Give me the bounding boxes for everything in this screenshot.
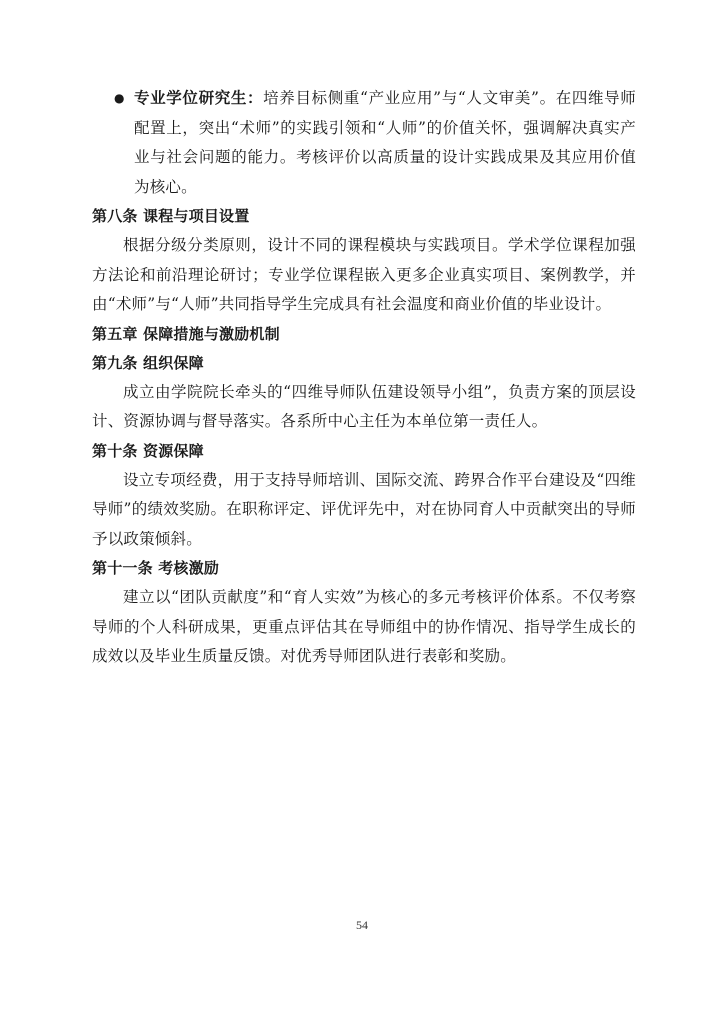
page-content: ● 专业学位研究生：培养目标侧重“产业应用”与“人文审美”。在四维导师配置上，突… bbox=[92, 84, 636, 672]
section-paragraph-article-9: 成立由学院院长牵头的“四维导师队伍建设领导小组”，负责方案的顶层设计、资源协调与… bbox=[92, 378, 636, 437]
section-heading-article-9: 第九条 组织保障 bbox=[92, 349, 636, 378]
section-paragraph-article-10: 设立专项经费，用于支持导师培训、国际交流、跨界合作平台建设及“四维导师”的绩效奖… bbox=[92, 466, 636, 555]
section-heading-article-10: 第十条 资源保障 bbox=[92, 437, 636, 466]
section-heading-article-11: 第十一条 考核激励 bbox=[92, 554, 636, 583]
bullet-lead: 专业学位研究生： bbox=[134, 89, 263, 107]
section-paragraph-article-8: 根据分级分类原则，设计不同的课程模块与实践项目。学术学位课程加强方法论和前沿理论… bbox=[92, 231, 636, 320]
bullet-icon: ● bbox=[114, 84, 125, 114]
section-heading-article-8: 第八条 课程与项目设置 bbox=[92, 202, 636, 231]
document-page: ● 专业学位研究生：培养目标侧重“产业应用”与“人文审美”。在四维导师配置上，突… bbox=[0, 0, 724, 1024]
chapter-heading-5: 第五章 保障措施与激励机制 bbox=[92, 320, 636, 349]
page-number: 54 bbox=[0, 918, 724, 933]
bullet-item-professional-degree: ● 专业学位研究生：培养目标侧重“产业应用”与“人文审美”。在四维导师配置上，突… bbox=[92, 84, 636, 202]
section-paragraph-article-11: 建立以“团队贡献度”和“育人实效”为核心的多元考核评价体系。不仅考察导师的个人科… bbox=[92, 583, 636, 672]
